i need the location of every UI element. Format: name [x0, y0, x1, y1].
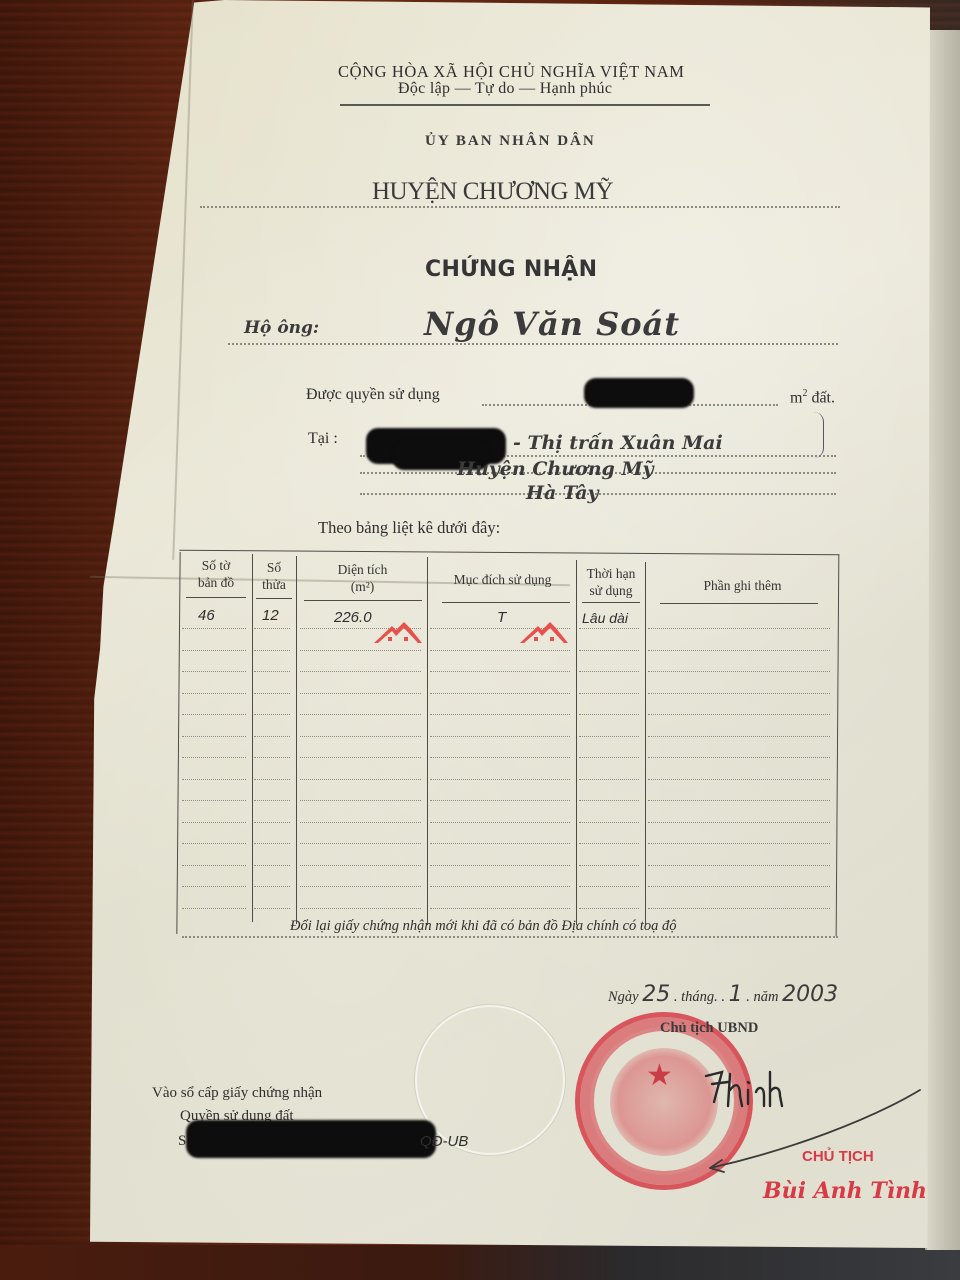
dotted-row-line [300, 736, 421, 737]
cell-purpose: T [497, 609, 506, 626]
header-underline [660, 603, 818, 604]
dotted-row-line [648, 886, 830, 887]
dotted-row-line [300, 865, 421, 866]
dotted-row-line [579, 908, 639, 909]
dotted-row-line [182, 908, 246, 909]
dotted-row-line [182, 736, 246, 737]
dotted-row-line [430, 843, 570, 844]
dotted-line [182, 936, 838, 938]
column-divider [645, 562, 646, 924]
area-unit: m2 đất. [790, 388, 835, 407]
dotted-row-line [648, 779, 830, 780]
dotted-row-line [648, 908, 830, 909]
header-underline [186, 597, 246, 598]
dotted-row-line [300, 800, 421, 801]
stamp-name: Bùi Anh Tình [763, 1178, 927, 1204]
dotted-row-line [254, 671, 290, 672]
dotted-row-line [648, 736, 830, 737]
dotted-row-line [430, 886, 570, 887]
dotted-row-line [254, 843, 290, 844]
registration-line-1: Vào sổ cấp giấy chứng nhận [152, 1085, 322, 1102]
dotted-row-line [300, 886, 421, 887]
dotted-row-line [430, 908, 570, 909]
dotted-row-line [182, 843, 246, 844]
dotted-row-line [182, 650, 246, 651]
dotted-row-line [579, 822, 639, 823]
header-underline [582, 602, 640, 603]
header-term: Thời hạnsử dụng [578, 566, 644, 600]
dotted-row-line [254, 908, 290, 909]
dotted-row-line [254, 693, 290, 694]
cell-parcel: 12 [262, 607, 279, 624]
dotted-row-line [579, 628, 639, 629]
dotted-row-line [254, 865, 290, 866]
dotted-line [228, 343, 838, 345]
dotted-row-line [430, 800, 570, 801]
dotted-row-line [254, 736, 290, 737]
dotted-row-line [579, 693, 639, 694]
dotted-row-line [254, 800, 290, 801]
cell-area: 226.0 [334, 609, 372, 626]
date-day: 25 [642, 982, 670, 1007]
dotted-row-line [579, 757, 639, 758]
header-underline [442, 602, 570, 603]
dotted-row-line [430, 822, 570, 823]
dotted-row-line [300, 671, 421, 672]
dotted-row-line [579, 886, 639, 887]
area-label: Được quyền sử dụng [306, 386, 440, 404]
dotted-row-line [182, 779, 246, 780]
paper-crease [172, 0, 194, 560]
dotted-row-line [182, 671, 246, 672]
dotted-row-line [648, 671, 830, 672]
table-intro: Theo bảng liệt kê dưới đây: [318, 518, 500, 538]
date-year: 2003 [782, 982, 838, 1007]
registration-number-suffix: QĐ-UB [420, 1133, 468, 1150]
header-divider [340, 104, 710, 106]
dotted-row-line [182, 886, 246, 887]
dotted-line [200, 206, 840, 208]
household-label: Hộ ông: [244, 318, 319, 338]
dotted-row-line [182, 628, 246, 629]
dotted-row-line [254, 779, 290, 780]
dotted-row-line [300, 908, 421, 909]
dotted-row-line [182, 800, 246, 801]
issuer-committee: ỦY BAN NHÂN DÂN [425, 133, 596, 150]
header-area: Diện tích(m²) [300, 562, 425, 596]
dotted-row-line [579, 843, 639, 844]
dotted-row-line [579, 800, 639, 801]
pen-arrow-mark [670, 1080, 930, 1180]
dotted-row-line [648, 843, 830, 844]
issuer-district: HUYỆN CHƯƠNG MỸ [372, 178, 613, 206]
dotted-row-line [579, 671, 639, 672]
land-use-certificate: CỘNG HÒA XÃ HỘI CHỦ NGHĨA VIỆT NAM Độc l… [0, 0, 960, 1280]
watermark-house-icon [520, 620, 568, 644]
column-divider [576, 560, 577, 925]
dotted-row-line [300, 757, 421, 758]
column-divider [252, 554, 253, 922]
dotted-row-line [182, 693, 246, 694]
household-name: Ngô Văn Soát [424, 305, 680, 343]
dotted-row-line [182, 714, 246, 715]
chairman-title: Chủ tịch UBND [660, 1020, 758, 1037]
column-divider [296, 556, 297, 924]
date-month: 1 [729, 982, 743, 1007]
dotted-row-line [300, 714, 421, 715]
dotted-row-line [648, 865, 830, 866]
table-footnote: Đổi lại giấy chứng nhận mới khi đã có bả… [290, 918, 677, 935]
dotted-row-line [430, 736, 570, 737]
dotted-row-line [648, 714, 830, 715]
dotted-row-line [300, 843, 421, 844]
dotted-row-line [648, 650, 830, 651]
dotted-row-line [430, 779, 570, 780]
star-icon: ★ [646, 1058, 673, 1093]
national-motto: Độc lập — Tự do — Hạnh phúc [398, 80, 612, 98]
dotted-row-line [254, 757, 290, 758]
cell-term: Lâu dài [582, 610, 628, 626]
dotted-row-line [579, 650, 639, 651]
header-parcel: Sốthửa [254, 560, 294, 594]
dotted-row-line [300, 822, 421, 823]
dotted-row-line [579, 865, 639, 866]
dotted-row-line [430, 650, 570, 651]
header-purpose: Mục đích sử dụng [430, 572, 575, 589]
header-underline [304, 600, 422, 601]
certificate-title: CHỨNG NHẬN [425, 257, 597, 282]
dotted-row-line [579, 736, 639, 737]
redacted-registration-number [186, 1120, 436, 1158]
dotted-row-line [430, 865, 570, 866]
header-map-sheet: Số tờbản đồ [182, 558, 250, 592]
location-label: Tại : [308, 430, 338, 448]
dotted-row-line [254, 886, 290, 887]
dotted-row-line [579, 714, 639, 715]
cell-map-sheet: 46 [198, 607, 215, 624]
dotted-row-line [300, 650, 421, 651]
watermark-house-icon [374, 620, 422, 644]
dotted-row-line [579, 779, 639, 780]
dotted-row-line [254, 650, 290, 651]
issue-date: Ngày 25 . tháng. . 1 . năm 2003 [608, 982, 838, 1007]
dotted-row-line [648, 800, 830, 801]
dotted-row-line [648, 628, 830, 629]
stamp-title: CHỦ TỊCH [802, 1148, 874, 1165]
header-underline [256, 598, 292, 599]
location-line-1: - Thị trấn Xuân Mai [513, 432, 723, 454]
location-line-3: Hà Tây [526, 482, 599, 504]
dotted-row-line [254, 714, 290, 715]
dotted-row-line [430, 671, 570, 672]
dotted-row-line [300, 779, 421, 780]
dotted-row-line [182, 822, 246, 823]
column-divider [427, 557, 428, 925]
dotted-row-line [254, 822, 290, 823]
dotted-row-line [430, 757, 570, 758]
dotted-row-line [254, 628, 290, 629]
dotted-row-line [648, 693, 830, 694]
dotted-row-line [430, 693, 570, 694]
header-notes: Phần ghi thêm [650, 578, 835, 595]
pen-bracket-mark [812, 412, 824, 458]
location-line-2: Huyện Chương Mỹ [457, 458, 654, 480]
dotted-row-line [648, 757, 830, 758]
dotted-row-line [648, 822, 830, 823]
national-header: CỘNG HÒA XÃ HỘI CHỦ NGHĨA VIỆT NAM [338, 62, 685, 82]
redacted-area-value [584, 378, 694, 408]
dotted-row-line [182, 865, 246, 866]
dotted-row-line [430, 714, 570, 715]
dotted-row-line [182, 757, 246, 758]
dotted-row-line [300, 693, 421, 694]
